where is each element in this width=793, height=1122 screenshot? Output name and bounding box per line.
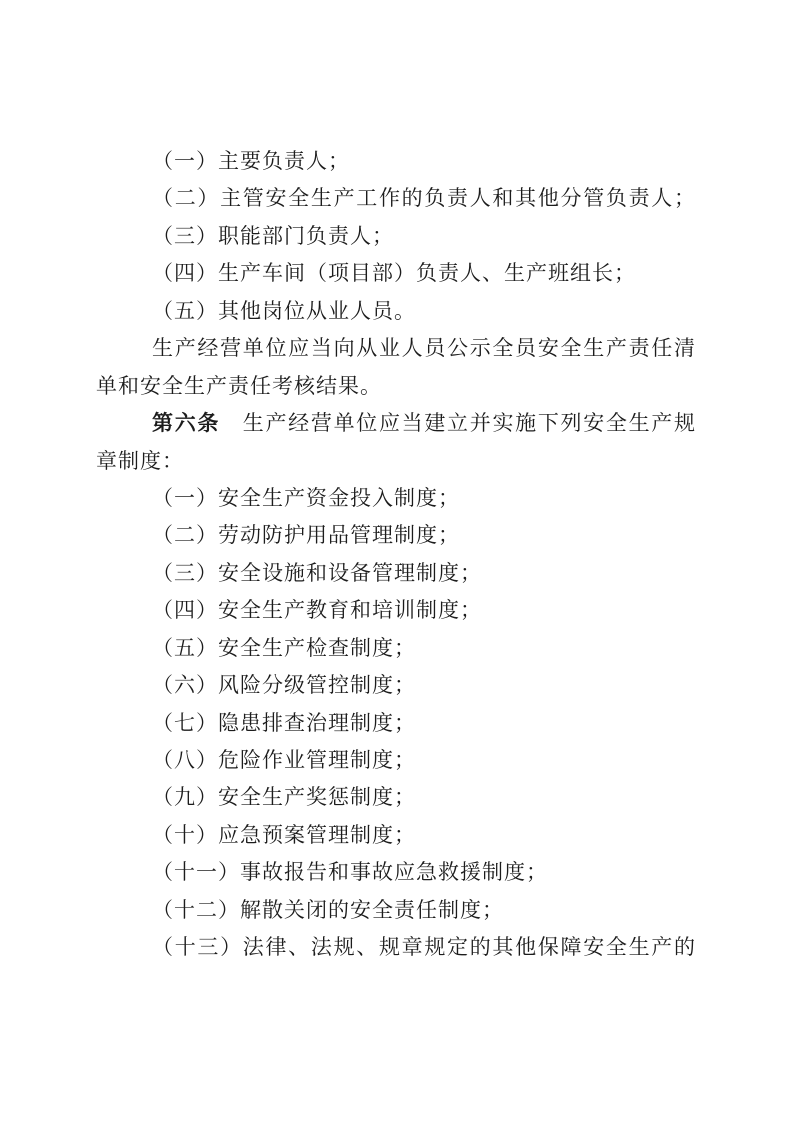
document-line: 单和安全生产责任考核结果。 bbox=[96, 368, 695, 405]
document-line: （十三）法律、法规、规章规定的其他保障安全生产的 bbox=[96, 929, 695, 966]
document-line: （五）其他岗位从业人员。 bbox=[96, 293, 695, 330]
document-line: 生产经营单位应当向从业人员公示全员安全生产责任清 bbox=[96, 330, 695, 367]
document-line: （三）职能部门负责人； bbox=[96, 218, 695, 255]
document-line: （十一）事故报告和事故应急救援制度； bbox=[96, 854, 695, 891]
document-line: （二）劳动防护用品管理制度； bbox=[96, 517, 695, 554]
document-line: （五）安全生产检查制度； bbox=[96, 630, 695, 667]
document-line: （二）主管安全生产工作的负责人和其他分管负责人； bbox=[96, 180, 695, 217]
document-line: （一）主要负责人； bbox=[96, 143, 695, 180]
document-line: （十二）解散关闭的安全责任制度； bbox=[96, 892, 695, 929]
document-line: 章制度： bbox=[96, 443, 695, 480]
document-line: 第六条 生产经营单位应当建立并实施下列安全生产规 bbox=[96, 405, 695, 442]
document-line: （十）应急预案管理制度； bbox=[96, 817, 695, 854]
article-number-bold: 第六条 bbox=[152, 412, 220, 435]
document-line: （四）安全生产教育和培训制度； bbox=[96, 592, 695, 629]
document-line: （七）隐患排查治理制度； bbox=[96, 705, 695, 742]
document-line: （九）安全生产奖惩制度； bbox=[96, 779, 695, 816]
document-line: （一）安全生产资金投入制度； bbox=[96, 480, 695, 517]
document-line: （八）危险作业管理制度； bbox=[96, 742, 695, 779]
document-page: （一）主要负责人；（二）主管安全生产工作的负责人和其他分管负责人；（三）职能部门… bbox=[0, 0, 793, 1122]
document-line: （四）生产车间（项目部）负责人、生产班组长； bbox=[96, 255, 695, 292]
document-line: （三）安全设施和设备管理制度； bbox=[96, 555, 695, 592]
line-text: 生产经营单位应当建立并实施下列安全生产规 bbox=[220, 411, 695, 435]
document-text-block: （一）主要负责人；（二）主管安全生产工作的负责人和其他分管负责人；（三）职能部门… bbox=[96, 143, 695, 967]
document-line: （六）风险分级管控制度； bbox=[96, 667, 695, 704]
